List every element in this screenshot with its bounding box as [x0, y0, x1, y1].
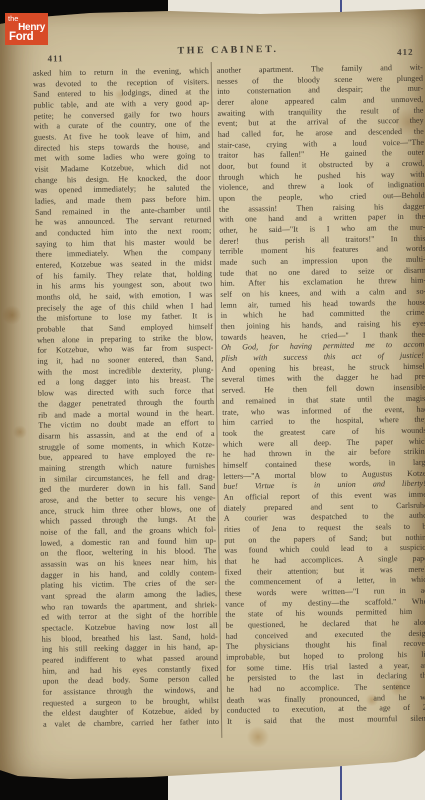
henry-ford-logo: the Henry Ford	[5, 13, 48, 45]
page-number-left: 411	[48, 53, 64, 63]
text-column-left: asked him to return in the evening, whic…	[33, 66, 219, 730]
logo-text-ford: Ford	[9, 31, 33, 43]
scan-stage: 411 THE CABINET. 412 asked him to return…	[0, 0, 425, 800]
book-page: 411 THE CABINET. 412 asked him to return…	[0, 0, 425, 800]
text-line: a valet de chambre, carried her father i…	[43, 717, 219, 730]
logo-text-the: the	[8, 14, 18, 23]
text-column-right: another apartment. The family and wit-ne…	[217, 63, 425, 728]
page-content: 411 THE CABINET. 412 asked him to return…	[0, 0, 425, 800]
page-number-right: 412	[397, 47, 414, 57]
text-line: It is said that the most mournful silenc…	[227, 714, 425, 728]
page-title: THE CABINET.	[145, 43, 310, 57]
